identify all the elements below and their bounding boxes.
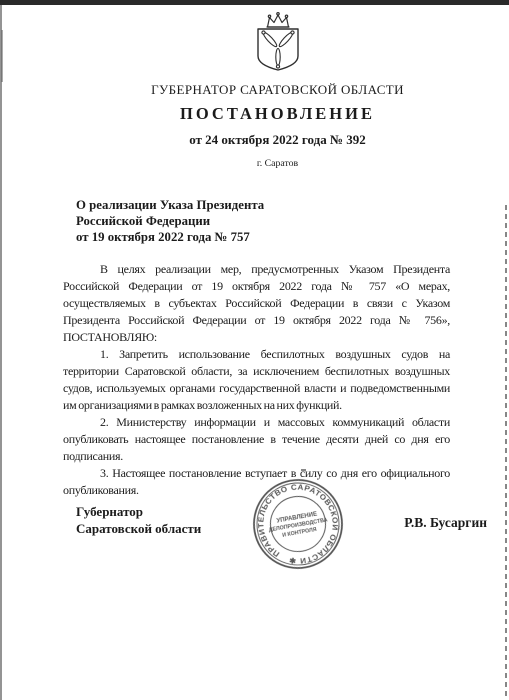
- document-body: В целях реализации мер, предусмотренных …: [63, 261, 450, 499]
- scan-right-edge: [505, 205, 507, 700]
- subject-line: Российской Федерации: [76, 213, 264, 229]
- scan-top-edge: [0, 0, 509, 5]
- body-paragraph-item-2: 2. Министерству информации и массовых ко…: [63, 414, 450, 465]
- signatory-post-line: Губернатор: [76, 504, 201, 521]
- document-type-heading: ПОСТАНОВЛЕНИЕ: [46, 104, 509, 124]
- body-paragraph-item-1: 1. Запретить использование беспилотных в…: [63, 346, 450, 414]
- body-paragraph-preamble: В целях реализации мер, предусмотренных …: [63, 261, 450, 346]
- saratov-coat-of-arms-icon: [46, 11, 509, 78]
- official-round-stamp: ПРАВИТЕЛЬСТВО САРАТОВСКОЙ ОБЛАСТИ ✱ УПРА…: [237, 463, 360, 586]
- subject-line: от 19 октября 2022 года № 757: [76, 229, 264, 245]
- subject-line: О реализации Указа Президента: [76, 197, 264, 213]
- document-subject: О реализации Указа Президента Российской…: [76, 197, 264, 245]
- document-date-number: от 24 октября 2022 года № 392: [46, 132, 509, 148]
- signatory-post-line: Саратовской области: [76, 521, 201, 538]
- signatory-name: Р.В. Бусаргин: [404, 515, 487, 531]
- org-name: ГУБЕРНАТОР САРАТОВСКОЙ ОБЛАСТИ: [46, 82, 509, 98]
- scanned-decree-page: ГУБЕРНАТОР САРАТОВСКОЙ ОБЛАСТИ ПОСТАНОВЛ…: [0, 0, 509, 700]
- scan-artifact: [1, 30, 3, 82]
- document-place: г. Саратов: [46, 158, 509, 169]
- scan-left-edge: [0, 5, 2, 700]
- signatory-post: Губернатор Саратовской области: [76, 504, 201, 537]
